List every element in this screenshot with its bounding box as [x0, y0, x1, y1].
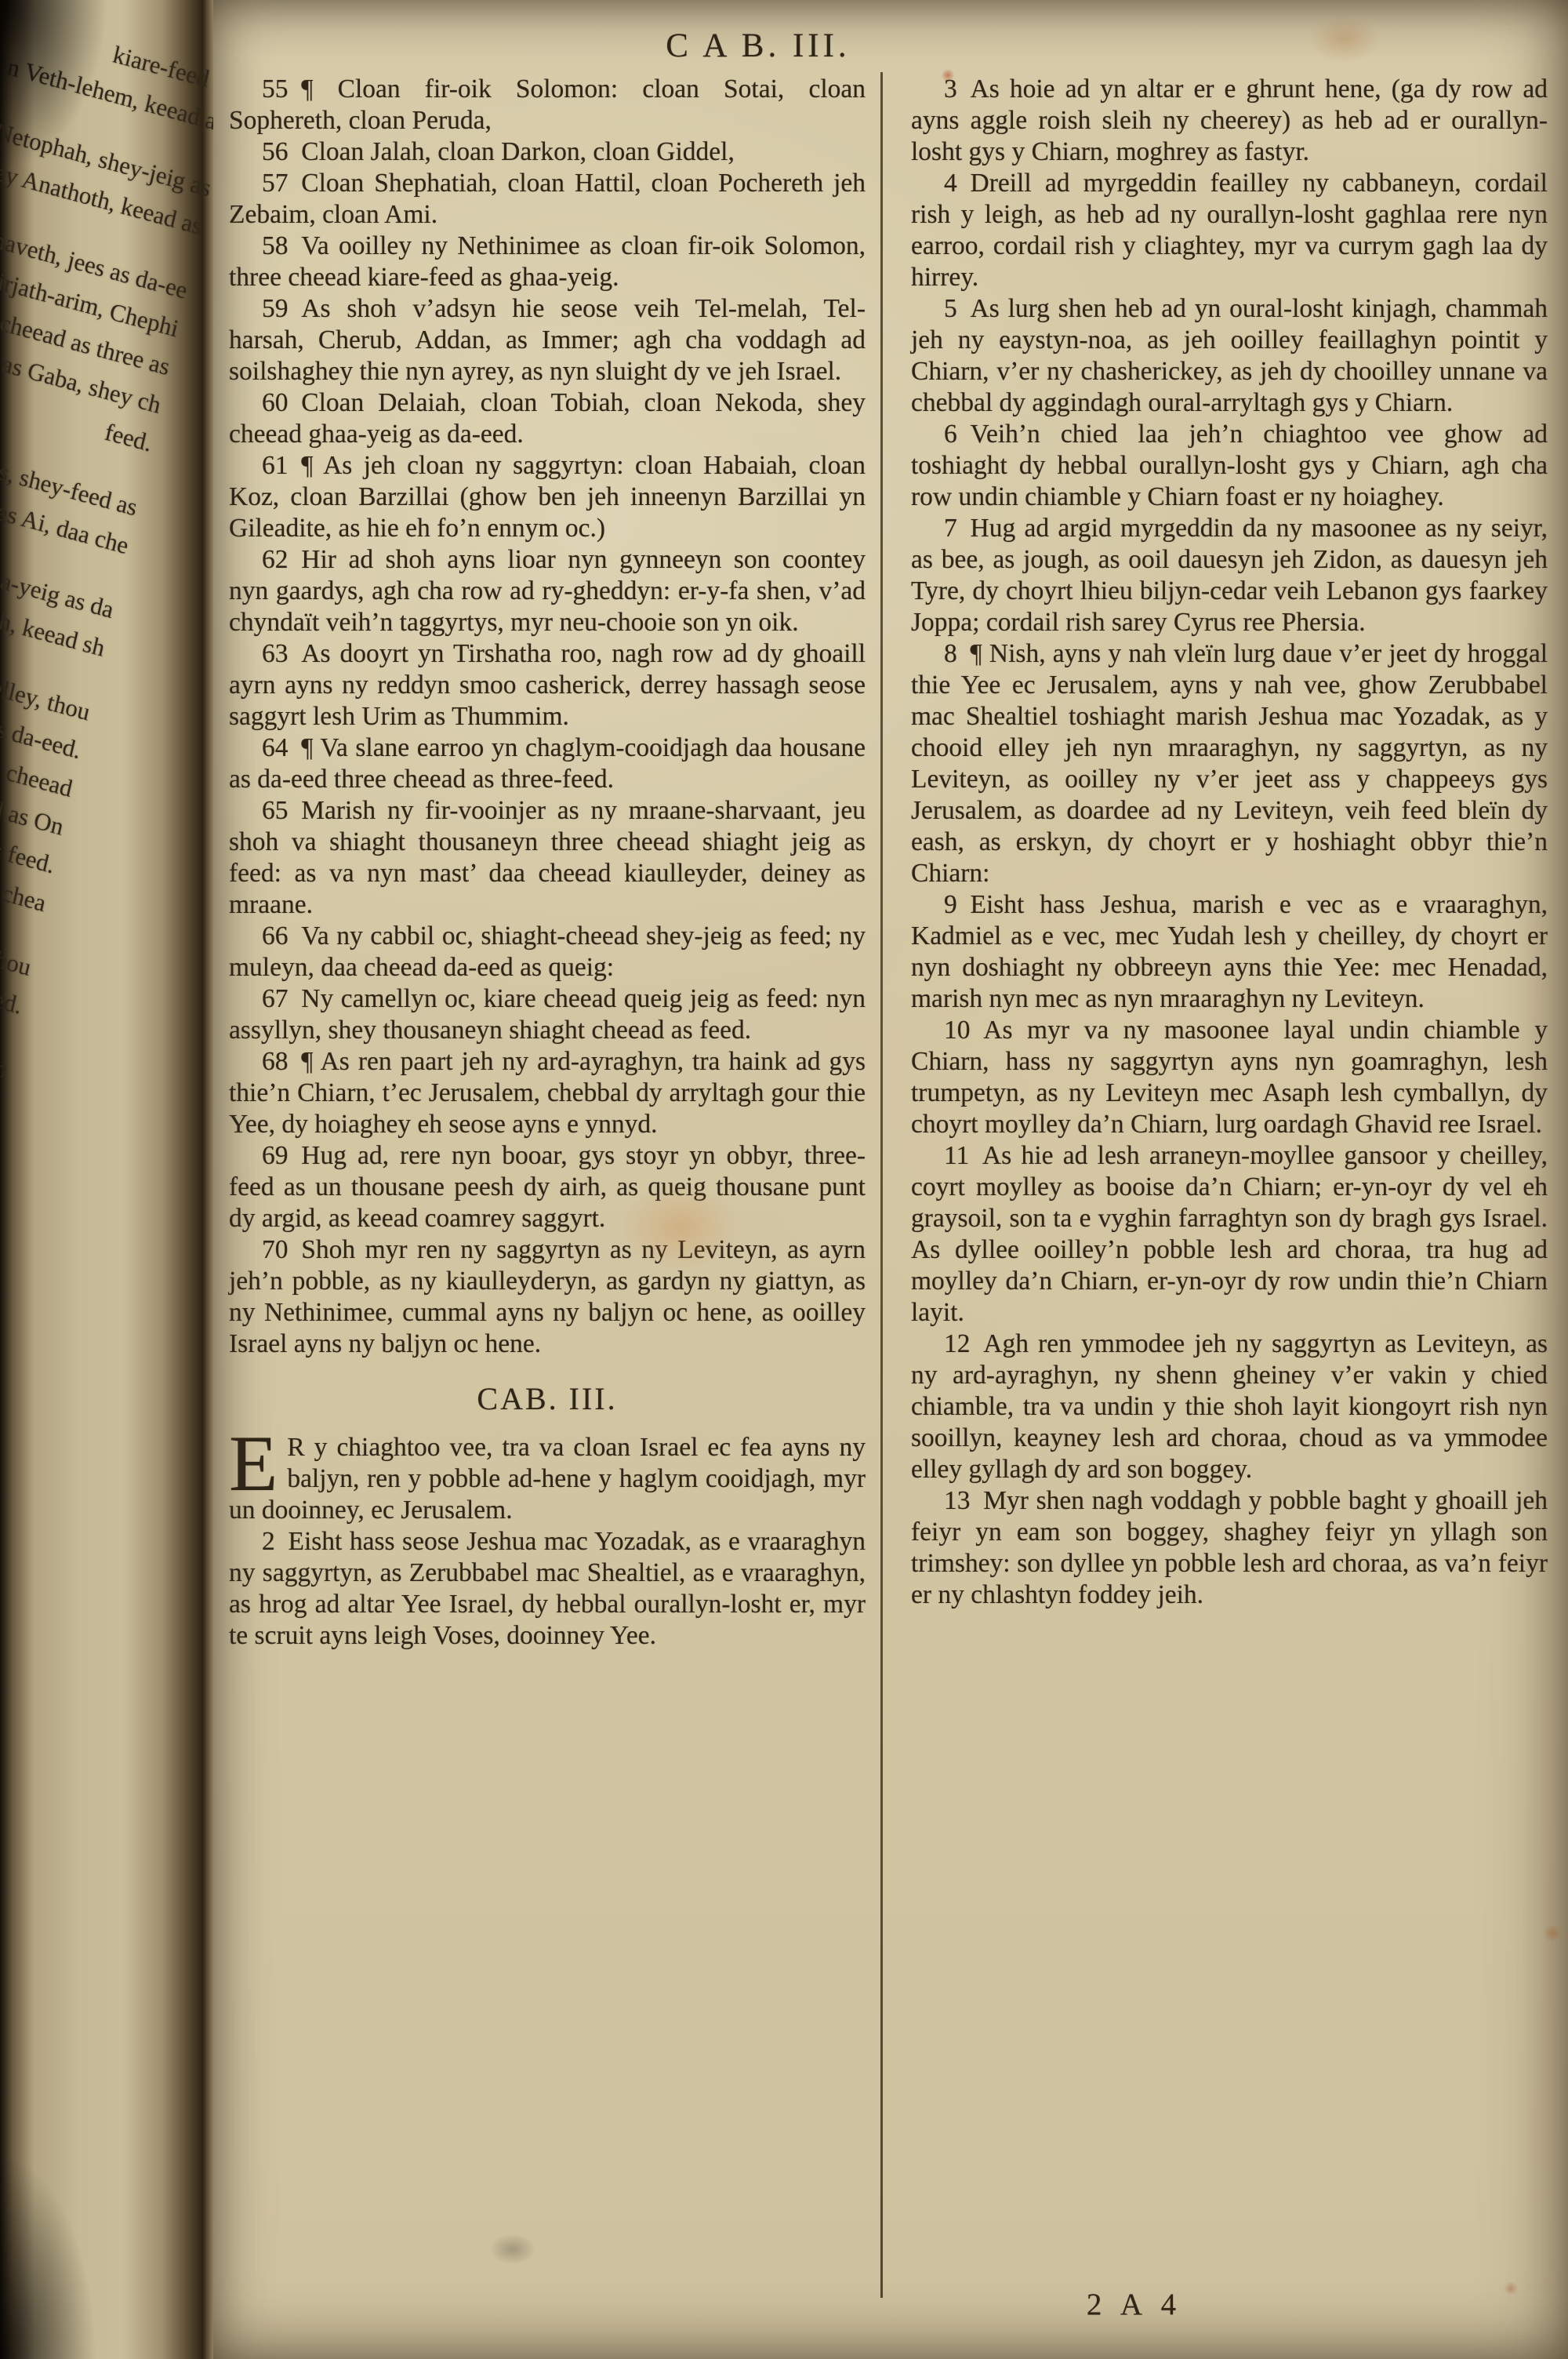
verse: 64 ¶ Va slane earroo yn chaglym-cooidjag…: [229, 732, 866, 795]
verse-number: 8: [944, 639, 957, 668]
verse: 3 As hoie ad yn altar er e ghrunt hene, …: [911, 74, 1548, 168]
verse-number: 9: [944, 890, 957, 919]
verse-number: 68: [262, 1047, 289, 1076]
verse: 69 Hug ad, rere nyn booar, gys stoyr yn …: [229, 1140, 866, 1234]
verse-number: 12: [944, 1329, 971, 1358]
verse-number: 56: [262, 137, 289, 166]
stain: [1542, 1925, 1563, 1941]
running-head: C A B. III.: [666, 27, 850, 65]
stain: [1309, 16, 1380, 63]
verse: 67 Ny camellyn oc, kiare cheead queig je…: [229, 983, 866, 1046]
verse-number: 62: [262, 545, 289, 574]
verse-number: 57: [262, 169, 289, 198]
verse-number: 67: [262, 984, 289, 1013]
verse-number: 7: [944, 514, 957, 543]
verse-number: 63: [262, 639, 289, 668]
verse: 13 Myr shen nagh voddagh y pobble baght …: [911, 1485, 1548, 1611]
verse: 57 Cloan Shephatiah, cloan Hattil, cloan…: [229, 168, 866, 231]
gutter-previous-page: kiare-feed asn Veth-lehem, keead asey Ne…: [0, 0, 213, 2359]
verse-number: 2: [262, 1527, 275, 1556]
chapter-heading: CAB. III.: [229, 1383, 866, 1415]
verse-number: 5: [944, 294, 957, 323]
stain: [489, 2234, 536, 2265]
verse: 7 Hug ad argid myrgeddin da ny masoonee …: [911, 513, 1548, 638]
verse-number: 58: [262, 231, 289, 260]
verse: 62 Hir ad shoh ayns lioar nyn gynneeyn s…: [229, 544, 866, 638]
verse: 70 Shoh myr ren ny saggyrtyn as ny Levit…: [229, 1234, 866, 1360]
page-surface: C A B. III. 55 ¶ Cloan fir-oik Solomon: …: [213, 0, 1568, 2359]
verse-number: 59: [262, 294, 289, 323]
verse: 56 Cloan Jalah, cloan Darkon, cloan Gidd…: [229, 136, 866, 168]
drop-cap: E: [229, 1432, 287, 1495]
verse-number: 70: [262, 1235, 289, 1264]
text-column-left: 55 ¶ Cloan fir-oik Solomon: cloan Sotai,…: [229, 74, 866, 1652]
pilcrow-mark: ¶: [301, 451, 313, 480]
verse: 66 Va ny cabbil oc, shiaght-cheead shey-…: [229, 921, 866, 983]
verse: 5 As lurg shen heb ad yn oural-losht kin…: [911, 293, 1548, 419]
verse: 65 Marish ny fir-vooinjer as ny mraane-s…: [229, 795, 866, 921]
scanned-page: kiare-feed asn Veth-lehem, keead asey Ne…: [0, 0, 1568, 2359]
verse: 8 ¶ Nish, ayns y nah vleïn lurg daue v’e…: [911, 638, 1548, 889]
verse: 9 Eisht hass Jeshua, marish e vec as e v…: [911, 889, 1548, 1015]
pilcrow-mark: ¶: [301, 75, 313, 104]
pilcrow-mark: ¶: [971, 639, 982, 668]
verse-number: 69: [262, 1141, 289, 1170]
verse: 10 As myr va ny masoonee layal undin chi…: [911, 1015, 1548, 1140]
column-divider: [880, 72, 883, 2298]
verse: 12 Agh ren ymmodee jeh ny saggyrtyn as L…: [911, 1329, 1548, 1485]
verse-number: 13: [944, 1486, 971, 1515]
verse-number: 3: [944, 75, 957, 104]
verse-number: 4: [944, 169, 957, 198]
stain: [1503, 2282, 1519, 2295]
verse-number: 6: [944, 420, 957, 449]
signature-mark: 2 A 4: [1087, 2287, 1182, 2322]
verse: 68 ¶ As ren paart jeh ny ard-ayraghyn, t…: [229, 1046, 866, 1140]
verse: 2 Eisht hass seose Jeshua mac Yozadak, a…: [229, 1526, 866, 1652]
verse-number: 65: [262, 796, 289, 825]
verse-number: 60: [262, 388, 289, 417]
verse: 6 Veih’n chied laa jeh’n chiaghtoo vee g…: [911, 419, 1548, 513]
verse-number: 64: [262, 733, 289, 762]
verse-number: 61: [262, 451, 289, 480]
verse: 11 As hie ad lesh arraneyn-moyllee ganso…: [911, 1140, 1548, 1329]
verse-number: 11: [944, 1141, 969, 1170]
verse: 63 As dooyrt yn Tirshatha roo, nagh row …: [229, 638, 866, 732]
verse: 58 Va ooilley ny Nethinimee as cloan fir…: [229, 231, 866, 293]
verse: 55 ¶ Cloan fir-oik Solomon: cloan Sotai,…: [229, 74, 866, 136]
verse: 61 ¶ As jeh cloan ny saggyrtyn: cloan Ha…: [229, 450, 866, 544]
verse: 60 Cloan Delaiah, cloan Tobiah, cloan Ne…: [229, 387, 866, 450]
text-column-right: 3 As hoie ad yn altar er e ghrunt hene, …: [911, 74, 1548, 1611]
chapter-opening-verse: ER y chiaghtoo vee, tra va cloan Israel …: [229, 1432, 866, 1526]
verse: 59 As shoh v’adsyn hie seose veih Tel-me…: [229, 293, 866, 387]
verse: 4 Dreill ad myrgeddin feailley ny cabban…: [911, 168, 1548, 293]
verse-number: 55: [262, 75, 289, 104]
pilcrow-mark: ¶: [301, 1047, 313, 1076]
pilcrow-mark: ¶: [301, 733, 313, 762]
gutter-text: kiare-feed asn Veth-lehem, keead asey Ne…: [0, 0, 213, 2343]
verse-number: 66: [262, 921, 289, 951]
verse-number: 10: [944, 1016, 971, 1045]
